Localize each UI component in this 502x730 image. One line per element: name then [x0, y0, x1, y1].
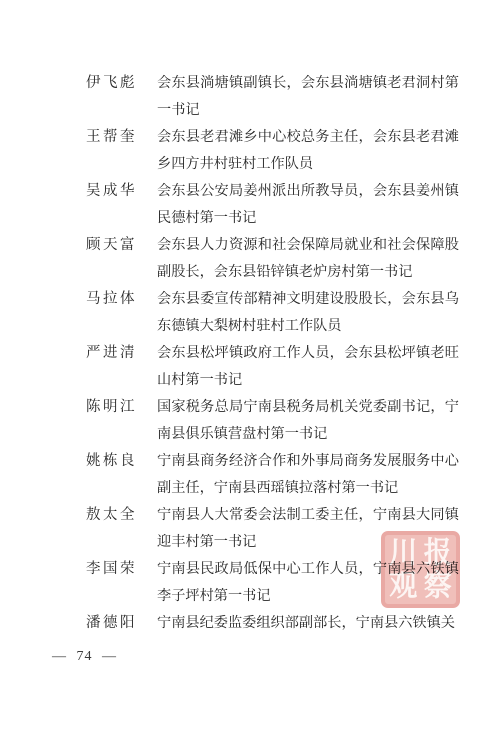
person-description: 宁南县商务经济合作和外事局商务发展服务中心副主任，宁南县西瑶镇拉落村第一书记	[157, 448, 459, 502]
list-item: 姚栋良 宁南县商务经济合作和外事局商务发展服务中心副主任，宁南县西瑶镇拉落村第一…	[86, 448, 460, 502]
person-name: 王帮奎	[86, 124, 157, 151]
person-name: 吴成华	[86, 178, 157, 205]
seal-char-bao: 报	[424, 538, 452, 567]
person-name: 潘德阳	[86, 610, 157, 637]
document-page: 伊飞彪 会东县淌塘镇副镇长，会东县淌塘镇老君洞村第一书记 王帮奎 会东县老君滩乡…	[0, 0, 502, 730]
person-name: 敖太全	[86, 502, 157, 529]
person-description: 国家税务总局宁南县税务局机关党委副书记，宁南县俱乐镇营盘村第一书记	[157, 394, 459, 448]
seal-char-chuan: 川	[389, 538, 417, 567]
person-description: 宁南县纪委监委组织部副部长，宁南县六铁镇关	[157, 610, 459, 637]
person-description: 会东县老君滩乡中心校总务主任，会东县老君滩乡四方井村驻村工作队员	[157, 124, 459, 178]
person-name: 顾天富	[86, 232, 157, 259]
person-description: 会东县松坪镇政府工作人员，会东县松坪镇老旺山村第一书记	[157, 340, 459, 394]
chuanbao-guancha-seal-watermark: 川 报 观 察	[381, 531, 460, 608]
person-description: 会东县淌塘镇副镇长，会东县淌塘镇老君洞村第一书记	[157, 70, 459, 124]
page-number: — 74 —	[52, 649, 117, 665]
person-description: 会东县委宣传部精神文明建设股股长，会东县乌东德镇大梨树村驻村工作队员	[157, 286, 459, 340]
list-item: 吴成华 会东县公安局姜州派出所教导员，会东县姜州镇民德村第一书记	[86, 178, 460, 232]
person-name: 伊飞彪	[86, 70, 157, 97]
seal-char-cha: 察	[424, 572, 452, 601]
person-name: 严进清	[86, 340, 157, 367]
list-item: 王帮奎 会东县老君滩乡中心校总务主任，会东县老君滩乡四方井村驻村工作队员	[86, 124, 460, 178]
list-item: 潘德阳 宁南县纪委监委组织部副部长，宁南县六铁镇关	[86, 610, 460, 637]
person-name: 李国荣	[86, 556, 157, 583]
list-item: 顾天富 会东县人力资源和社会保障局就业和社会保障股副股长，会东县铅锌镇老炉房村第…	[86, 232, 460, 286]
person-name: 陈明江	[86, 394, 157, 421]
list-item: 马拉体 会东县委宣传部精神文明建设股股长，会东县乌东德镇大梨树村驻村工作队员	[86, 286, 460, 340]
person-name: 马拉体	[86, 286, 157, 313]
person-name: 姚栋良	[86, 448, 157, 475]
list-item: 伊飞彪 会东县淌塘镇副镇长，会东县淌塘镇老君洞村第一书记	[86, 70, 460, 124]
person-description: 会东县人力资源和社会保障局就业和社会保障股副股长，会东县铅锌镇老炉房村第一书记	[157, 232, 459, 286]
list-item: 陈明江 国家税务总局宁南县税务局机关党委副书记，宁南县俱乐镇营盘村第一书记	[86, 394, 460, 448]
list-item: 严进清 会东县松坪镇政府工作人员，会东县松坪镇老旺山村第一书记	[86, 340, 460, 394]
seal-char-guan: 观	[389, 572, 417, 601]
person-description: 会东县公安局姜州派出所教导员，会东县姜州镇民德村第一书记	[157, 178, 459, 232]
